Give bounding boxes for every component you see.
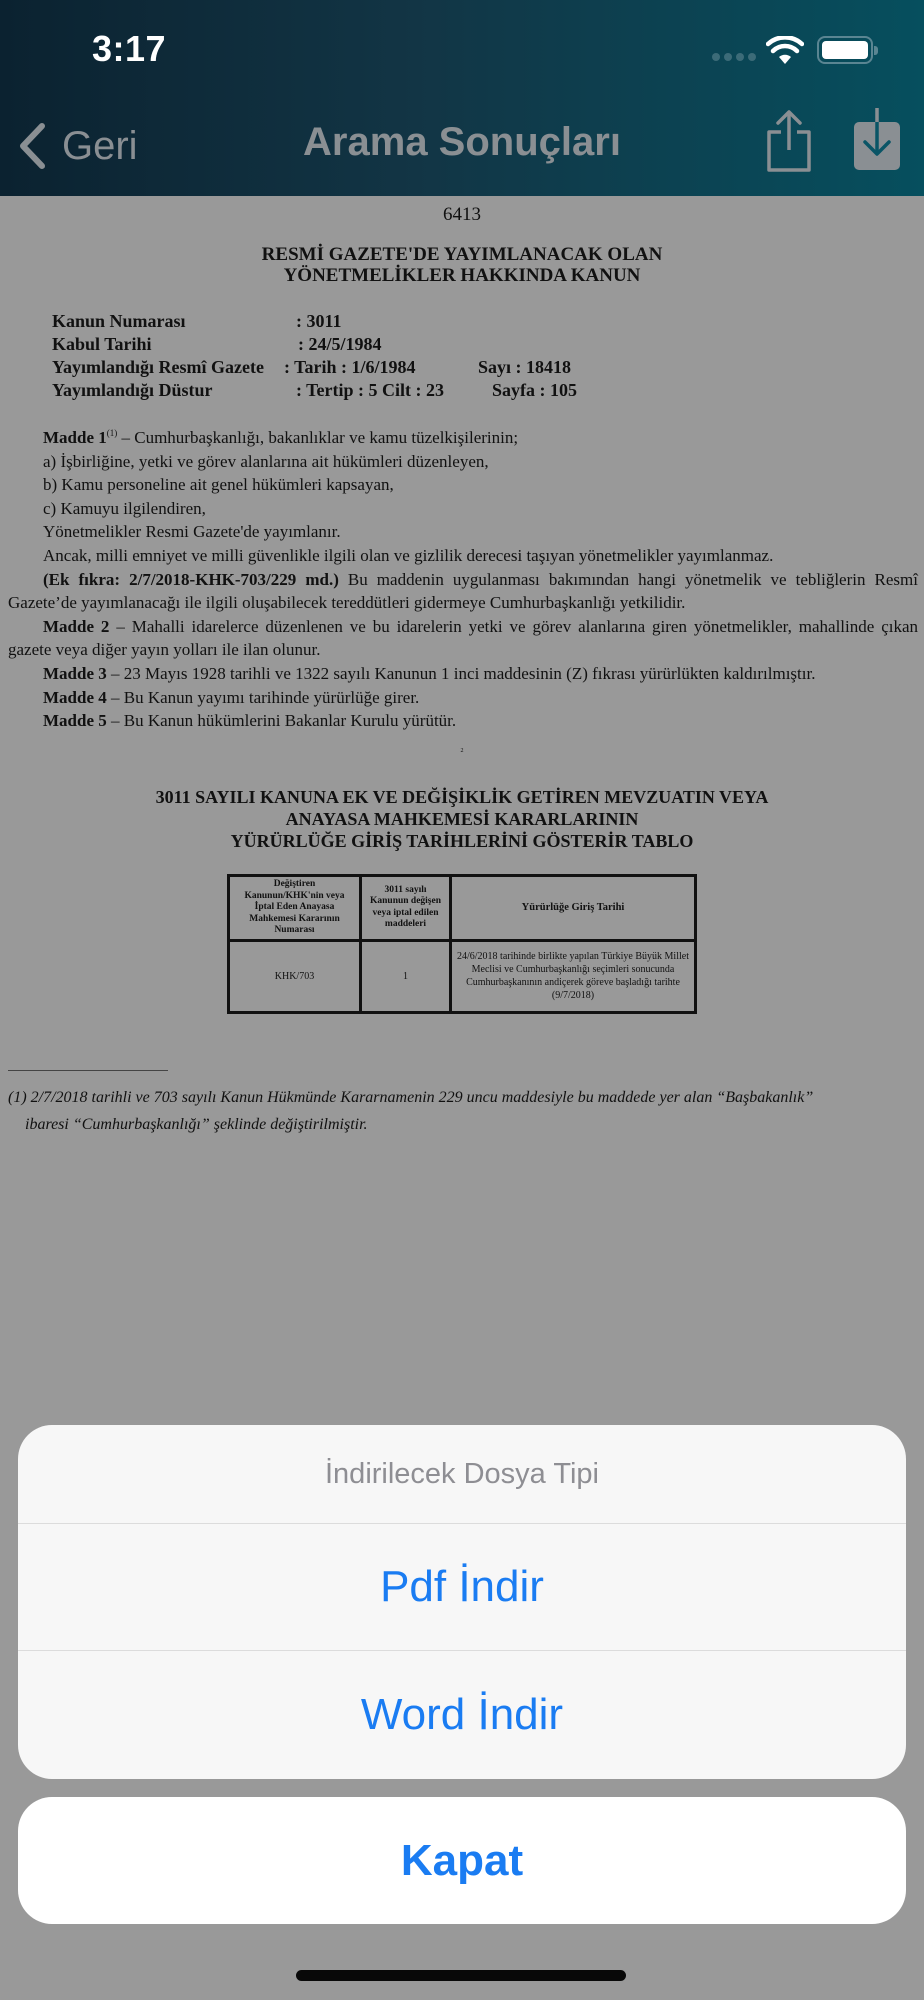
madde-3: Madde 3 – 23 Mayıs 1928 tarihli ve 1322 … <box>8 662 918 686</box>
madde-1: Madde 1(1) – Cumhurbaşkanlığı, bakanlıkl… <box>8 422 918 450</box>
meta-value: : 24/5/1984 <box>298 333 382 356</box>
title-line: YÖNETMELİKLER HAKKINDA KANUN <box>0 265 924 286</box>
table-title-line: YÜRÜRLÜĞE GİRİŞ TARİHLERİNİ GÖSTERİR TAB… <box>0 830 924 852</box>
table-cell: 24/6/2018 tarihinde birlikte yapılan Tür… <box>451 940 696 1012</box>
battery-icon <box>817 36 873 64</box>
footnote-text: ibaresi “Cumhurbaşkanlığı” şeklinde deği… <box>8 1111 918 1138</box>
home-indicator[interactable] <box>296 1970 626 1981</box>
footnote: (1) 2/7/2018 tarihli ve 703 sayılı Kanun… <box>8 1084 918 1138</box>
table-title-line: ANAYASA MAHKEMESİ KARARLARININ <box>0 808 924 830</box>
madde-5: Madde 5 – Bu Kanun hükümlerini Bakanlar … <box>8 709 918 733</box>
meta-value: : Tertip : 5 Cilt : 23 <box>296 379 444 402</box>
list-item: b) Kamu personeline ait genel hükümleri … <box>8 473 918 497</box>
footnote-text: 2/7/2018 tarihli ve 703 sayılı Kanun Hük… <box>27 1089 814 1106</box>
madde-heading: Madde 2 <box>43 617 109 636</box>
page-mark: 2 <box>0 748 924 754</box>
list-item: Yönetmelikler Resmi Gazete'de yayımlanır… <box>8 520 918 544</box>
meta-label: Kanun Numarası <box>52 310 186 333</box>
madde-text: – Cumhurbaşkanlığı, bakanlıklar ve kamu … <box>117 428 518 447</box>
word-download-button[interactable]: Word İndir <box>18 1651 906 1778</box>
table-row: KHK/703 1 24/6/2018 tarihinde birlikte y… <box>229 940 696 1012</box>
meta-value: : 3011 <box>296 310 342 333</box>
madde-4: Madde 4 – Bu Kanun yayımı tarihinde yürü… <box>8 686 918 710</box>
column-header: Değiştiren Kanunun/KHK'nin veya İptal Ed… <box>229 876 361 941</box>
back-button[interactable]: Geri <box>16 118 138 174</box>
paragraph: Ancak, milli emniyet ve milli güvenlikle… <box>8 544 918 568</box>
share-icon[interactable] <box>764 108 814 172</box>
meta-label: Kabul Tarihi <box>52 333 152 356</box>
list-item: a) İşbirliğine, yetki ve görev alanların… <box>8 450 918 474</box>
back-label: Geri <box>62 124 138 169</box>
meta-value: Sayfa : 105 <box>492 379 577 402</box>
list-item: c) Kamuyu ilgilendiren, <box>8 497 918 521</box>
status-time: 3:17 <box>92 28 166 70</box>
pdf-download-button[interactable]: Pdf İndir <box>18 1524 906 1651</box>
action-sheet: İndirilecek Dosya Tipi Pdf İndir Word İn… <box>18 1425 906 1779</box>
ek-fikra: (Ek fıkra: 2/7/2018-KHK-703/229 md.) Bu … <box>8 568 918 615</box>
document-title: RESMİ GAZETE'DE YAYIMLANACAK OLAN YÖNETM… <box>0 244 924 286</box>
table-cell: 1 <box>361 940 451 1012</box>
table-title: 3011 SAYILI KANUNA EK VE DEĞİŞİKLİK GETİ… <box>0 786 924 852</box>
meta-label: Yayımlandığı Düstur <box>52 379 213 402</box>
madde-heading: Madde 3 <box>43 664 107 683</box>
madde-heading: Madde 5 <box>43 711 107 730</box>
signal-dots-icon <box>712 53 756 61</box>
madde-heading: Madde 1 <box>43 428 107 447</box>
download-icon[interactable] <box>852 108 902 172</box>
page-number: 6413 <box>0 204 924 226</box>
column-header: Yürürlüğe Giriş Tarihi <box>451 876 696 941</box>
madde-text: – Bu Kanun yayımı tarihinde yürürlüğe gi… <box>107 688 420 707</box>
chevron-left-icon <box>16 122 48 170</box>
meta-label: Yayımlandığı Resmî Gazete <box>52 356 264 379</box>
meta-value: : Tarih : 1/6/1984 <box>284 356 416 379</box>
madde-heading: (Ek fıkra: 2/7/2018-KHK-703/229 md.) <box>43 570 339 589</box>
madde-2: Madde 2 – Mahalli idarelerce düzenlenen … <box>8 615 918 662</box>
column-header: 3011 sayılı Kanunun değişen veya iptal e… <box>361 876 451 941</box>
footnote-divider <box>8 1070 168 1071</box>
table-header-row: Değiştiren Kanunun/KHK'nin veya İptal Ed… <box>229 876 696 941</box>
effective-date: (9/7/2018) <box>456 989 690 1002</box>
meta-value: Sayı : 18418 <box>478 356 571 379</box>
effective-dates-table: Değiştiren Kanunun/KHK'nin veya İptal Ed… <box>227 874 697 1014</box>
madde-text: – 23 Mayıs 1928 tarihli ve 1322 sayılı K… <box>107 664 816 683</box>
madde-text: – Mahalli idarelerce düzenlenen ve bu id… <box>8 617 918 660</box>
table-cell: KHK/703 <box>229 940 361 1012</box>
madde-heading: Madde 4 <box>43 688 107 707</box>
table-title-line: 3011 SAYILI KANUNA EK VE DEĞİŞİKLİK GETİ… <box>0 786 924 808</box>
effective-date-text: 24/6/2018 tarihinde birlikte yapılan Tür… <box>456 950 690 989</box>
document-body: Madde 1(1) – Cumhurbaşkanlığı, bakanlıkl… <box>8 422 918 733</box>
screen: 3:17 Geri Arama Sonuçları 6413 <box>0 0 924 2000</box>
action-sheet-title: İndirilecek Dosya Tipi <box>18 1425 906 1524</box>
wifi-icon <box>766 36 804 66</box>
madde-text: – Bu Kanun hükümlerini Bakanlar Kurulu y… <box>107 711 456 730</box>
footnote-marker: (1) <box>8 1089 27 1106</box>
navigation-header: 3:17 Geri Arama Sonuçları <box>0 0 924 196</box>
footnote-ref[interactable]: (1) <box>107 428 118 438</box>
close-button[interactable]: Kapat <box>18 1797 906 1924</box>
title-line: RESMİ GAZETE'DE YAYIMLANACAK OLAN <box>0 244 924 265</box>
